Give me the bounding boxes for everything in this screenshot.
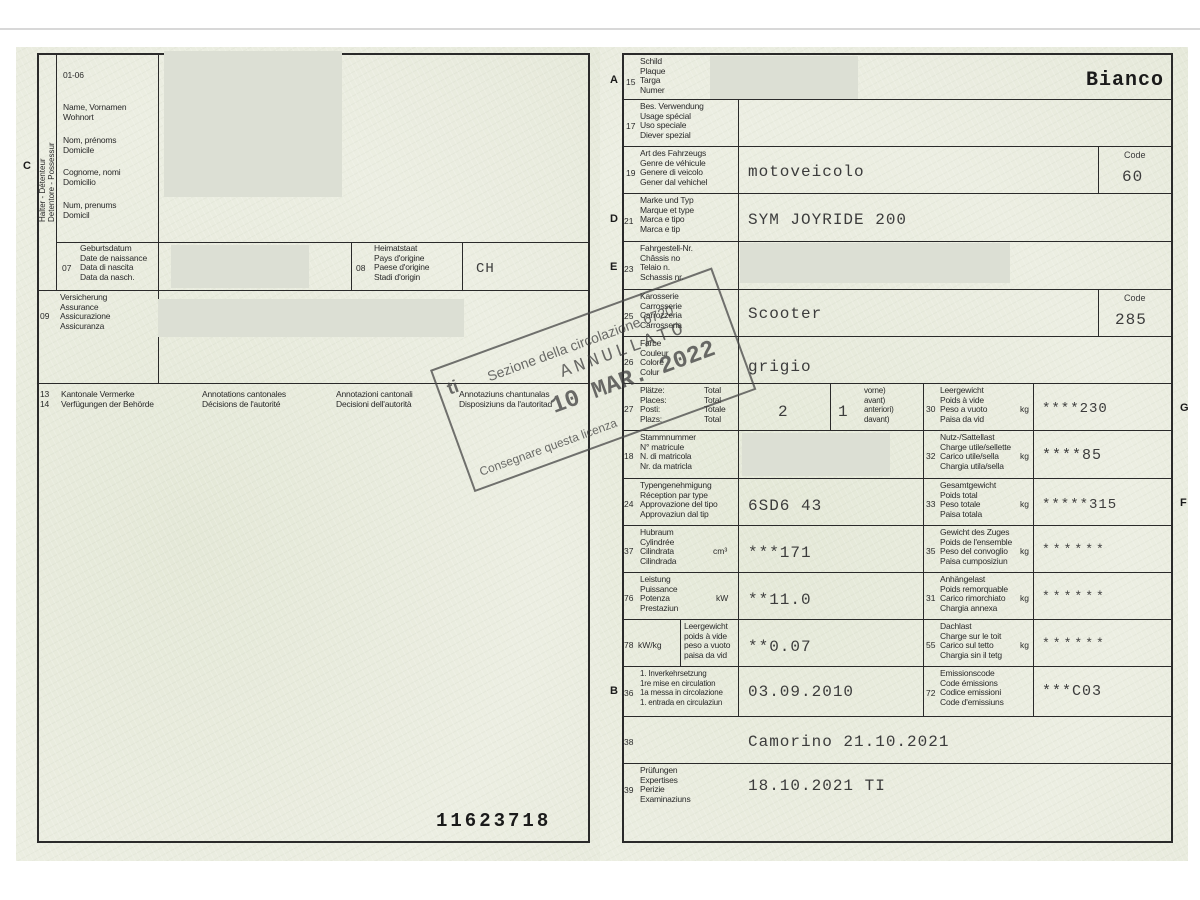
birth-date-label: Geburtsdatum Date de naissance Data di n… [80, 244, 147, 282]
seats-front-value: 1 [838, 403, 849, 421]
section-letter-e: E [610, 261, 617, 273]
displacement-unit: cm³ [713, 546, 727, 556]
section-letter-b: B [610, 685, 618, 697]
trailer-load-field-number: 31 [926, 593, 935, 603]
insurance-redacted [158, 299, 464, 337]
power-ratio-unit: kW/kg [638, 640, 662, 650]
origin-value: CH [476, 261, 495, 277]
matricule-label: Stammnummer N° matricule N. di matricola… [640, 433, 696, 471]
make-type-field-number: 21 [624, 216, 633, 226]
empty-weight-field-number: 30 [926, 404, 935, 414]
divider [622, 525, 1173, 526]
holder-label-fr: Nom, prénoms Domicile [63, 136, 116, 155]
registration-right-page: A 15 Schild Plaque Targa Numer Bianco 17… [600, 47, 1188, 861]
annotations-de: Kantonale Vermerke Verfügungen der Behör… [61, 390, 154, 409]
roof-load-label: Dachlast Charge sur le toit Carico sul t… [940, 622, 1002, 660]
special-use-field-number: 17 [626, 121, 635, 131]
body-code-label: Code [1124, 293, 1146, 303]
first-registration-value: 03.09.2010 [748, 683, 854, 701]
section-letter-c: C [23, 160, 31, 172]
plate-number-redacted [710, 56, 858, 99]
divider [622, 763, 1173, 764]
empty-weight-label: Leergewicht Poids à vide Peso a vuoto Pa… [940, 386, 987, 424]
divider [56, 242, 590, 243]
make-type-label: Marke und Typ Marque et type Marca e tip… [640, 196, 694, 234]
annotations-numbers: 13 14 [40, 390, 49, 409]
payload-value: ****85 [1042, 447, 1102, 464]
holder-field-code: 01-06 [63, 71, 84, 81]
insurance-label: Versicherung Assurance Assicurazione Ass… [60, 293, 110, 331]
empty-weight-value: ****230 [1042, 401, 1108, 417]
inspections-field-number: 39 [624, 785, 633, 795]
matricule-field-number: 18 [624, 451, 633, 461]
body-code: 285 [1115, 311, 1147, 329]
displacement-label: Hubraum Cylindrée Cilindrata Cilindrada [640, 528, 676, 566]
divider [37, 290, 590, 291]
body-value: Scooter [748, 305, 822, 323]
power-ratio-label: Leergewicht poids à vide peso a vuoto pa… [684, 622, 730, 660]
place-date-value: Camorino 21.10.2021 [748, 733, 949, 751]
roof-load-unit: kg [1020, 640, 1029, 650]
first-registration-field-number: 36 [624, 688, 633, 698]
divider [622, 572, 1173, 573]
special-use-label: Bes. Verwendung Usage spécial Uso specia… [640, 102, 704, 140]
label-column-divider [738, 99, 739, 716]
emission-code-field-number: 72 [926, 688, 935, 698]
type-approval-field-number: 24 [624, 499, 633, 509]
section-letter-a: A [610, 74, 618, 86]
plate-label: Schild Plaque Targa Numer [640, 57, 665, 95]
section-letter-d: D [610, 213, 618, 225]
chassis-number-redacted [740, 243, 1010, 283]
seats-front-label: vorne) avant) anteriori) davant) [864, 386, 894, 424]
trailer-load-unit: kg [1020, 593, 1029, 603]
origin-field-number: 08 [356, 263, 365, 273]
power-value: **11.0 [748, 591, 812, 609]
emission-code-label: Emissionscode Code émissions Codice emis… [940, 669, 1004, 707]
emission-code-value: ***C03 [1042, 683, 1102, 700]
type-approval-value: 6SD6 43 [748, 497, 822, 515]
total-weight-value: *****315 [1042, 497, 1117, 513]
viewer-top-bar [0, 0, 1200, 30]
vehicle-kind-code: 60 [1122, 168, 1143, 186]
power-unit: kW [716, 593, 728, 603]
annotations-fr: Annotations cantonales Décisions de l'au… [202, 390, 286, 409]
train-weight-field-number: 35 [926, 546, 935, 556]
power-ratio-field-number: 78 [624, 640, 633, 650]
plate-field-number: 15 [626, 77, 635, 87]
displacement-value: ***171 [748, 544, 812, 562]
holder-label-it: Cognome, nomi Domicilio [63, 168, 120, 187]
vehicle-kind-code-label: Code [1124, 150, 1146, 160]
birth-field-number: 07 [62, 263, 71, 273]
insurance-field-number: 09 [40, 311, 49, 321]
payload-label: Nutz-/Sattellast Charge utile/sellette C… [940, 433, 1011, 471]
power-label: Leistung Puissance Potenza Prestaziun [640, 575, 678, 613]
total-weight-label: Gesamtgewicht Poids total Peso totale Pa… [940, 481, 996, 519]
power-ratio-value: **0.07 [748, 638, 812, 656]
trailer-load-label: Anhängelast Poids remorquable Carico rim… [940, 575, 1008, 613]
make-type-value: SYM JOYRIDE 200 [748, 211, 907, 229]
holder-label-de: Name, Vornamen Wohnort [63, 103, 126, 122]
plate-color-value: Bianco [1086, 69, 1164, 92]
divider [622, 478, 1173, 479]
divider [622, 619, 1173, 620]
divider [622, 430, 1173, 431]
divider [622, 241, 1173, 242]
vehicle-kind-value: motoveicolo [748, 163, 865, 181]
divider [622, 666, 1173, 667]
vehicle-kind-label: Art des Fahrzeugs Genre de véhicule Gene… [640, 149, 707, 187]
annotations-it: Annotazioni cantonali Decisioni dell'aut… [336, 390, 413, 409]
total-weight-field-number: 33 [926, 499, 935, 509]
place-date-field-number: 38 [624, 737, 633, 747]
divider [622, 716, 1173, 717]
total-weight-unit: kg [1020, 499, 1029, 509]
section-letter-g: G [1180, 402, 1189, 414]
divider [622, 193, 1173, 194]
divider [622, 99, 1173, 100]
divider [462, 242, 463, 290]
ti-logo-icon: ti [444, 376, 462, 399]
vehicle-kind-field-number: 19 [626, 168, 635, 178]
serial-number: 11623718 [436, 810, 551, 832]
divider [1098, 146, 1099, 193]
type-approval-label: Typengenehmigung Réception par type Appr… [640, 481, 718, 519]
train-weight-label: Gewicht des Zuges Poids de l'ensemble Pe… [940, 528, 1012, 566]
roof-load-field-number: 55 [926, 640, 935, 650]
divider [56, 53, 57, 290]
inspections-label: Prüfungen Expertises Perizie Examinaziun… [640, 766, 691, 804]
divider [622, 146, 1173, 147]
holder-label-rm: Num, prenums Domicil [63, 201, 116, 220]
divider [1098, 289, 1099, 336]
inspections-value: 18.10.2021 TI [748, 777, 886, 795]
payload-field-number: 32 [926, 451, 935, 461]
matricule-redacted [742, 433, 890, 476]
payload-unit: kg [1020, 451, 1029, 461]
power-field-number: 76 [624, 593, 633, 603]
roof-load-value: ****** [1042, 636, 1107, 651]
birth-date-redacted [171, 245, 309, 288]
holder-name-redacted [164, 51, 342, 197]
trailer-load-value: ****** [1042, 589, 1107, 604]
chassis-field-number: 23 [624, 264, 633, 274]
color-value: grigio [748, 358, 812, 376]
first-registration-label: 1. Inverkehrsetzung 1re mise en circulat… [640, 669, 723, 707]
train-weight-value: ****** [1042, 542, 1107, 557]
displacement-field-number: 37 [624, 546, 633, 556]
train-weight-unit: kg [1020, 546, 1029, 556]
divider [351, 242, 352, 290]
seats-total-value: 2 [778, 403, 789, 421]
section-letter-f: F [1180, 497, 1187, 509]
divider [680, 619, 681, 666]
empty-weight-unit: kg [1020, 404, 1029, 414]
origin-label: Heimatstaat Pays d'origine Paese d'origi… [374, 244, 429, 282]
holder-vertical-label: Halter - Détenteur Detentore - Possessur [38, 82, 56, 222]
divider [830, 383, 831, 430]
